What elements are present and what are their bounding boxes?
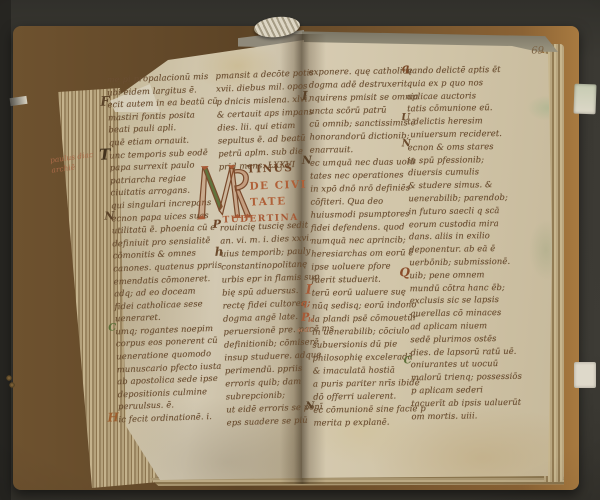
text-line: in futuro saecli q scā — [409, 204, 515, 218]
folio-number: 69 — [531, 45, 544, 56]
text-line: a puris pariter nrīs ibidē — [313, 376, 409, 390]
text-line: tacuerīt ab ipsis ualuerūt — [411, 396, 517, 410]
text-line: & imaculatā hostiā — [313, 363, 409, 377]
text-line: uniuersum recideret. — [407, 127, 513, 141]
text-line: philosophię exceleradā — [313, 350, 409, 364]
text-line: ec cōmunionē sine facie p — [313, 402, 409, 416]
text-line: merita p explanē. — [313, 415, 409, 429]
margin-mark: q; — [301, 300, 311, 309]
margin-mark: scdī — [297, 328, 311, 334]
text-line: uando delictē aptis ēt — [407, 63, 513, 77]
text-line: uncta scōrū patrū — [309, 103, 405, 117]
margin-mark: P — [301, 312, 309, 323]
text-line: om mortis. uiii. — [411, 408, 517, 422]
text-line: exponere. quę catholicę — [309, 64, 405, 78]
text-line: huiusmodi psumptores — [311, 207, 407, 221]
text-line: nquirens pmisit se omnia — [309, 90, 405, 104]
right-column-1: exponere. quę catholicędogma adē destrux… — [309, 64, 410, 429]
text-line: dies. de lapsorū ratū uē. — [410, 344, 516, 358]
text-line: numquā nec aprincib; — [311, 233, 407, 247]
text-line: uenerabilib; parendob; — [408, 191, 514, 205]
text-line: honorandorū dictionib; — [309, 129, 405, 143]
text-line: heresiarchas om eorū ē — [311, 246, 407, 260]
text-line: enarrauit. — [310, 142, 406, 156]
decorated-initial: I — [302, 90, 308, 102]
text-line: fuerit studuerit. — [311, 272, 407, 286]
text-line: terū eorū ualuere suę — [312, 285, 408, 299]
right-page-text: 69 exponere. quę catholicędogma adē dest… — [0, 0, 600, 500]
text-line: uerbōnib; submissionē. — [409, 255, 515, 269]
right-column-2: uando delictē aptis ētquia ex p quo nosa… — [407, 63, 518, 423]
text-line: querellas cō minaces — [410, 306, 516, 320]
text-line: malorū trienq; possessiōs — [411, 370, 517, 384]
text-line: subuersionis dū pie — [312, 337, 408, 351]
text-line: ec umquā nec duas uolū — [310, 155, 406, 169]
text-line: la plandi psē cōmouetūr — [312, 311, 408, 325]
text-line: fidei defendens. quod — [311, 220, 407, 234]
text-line: dogma adē destruxerit. — [309, 77, 405, 91]
text-line: cōfiteri. Qua deo — [310, 194, 406, 208]
text-line: dō offerri ualerent. — [313, 389, 409, 403]
text-line: ipse uoluere pfore — [311, 259, 407, 273]
text-line: in xpō dnō nrō definiēs — [310, 181, 406, 195]
manuscript-photo: paulus diac archiē me pi propalacionū mi… — [0, 0, 600, 500]
text-line: nūq sedisq; eorū indono — [312, 298, 408, 312]
text-line: mundū cōtra hanc ēb; — [410, 280, 516, 294]
text-line: cū omnib; sanctissimis ē — [309, 116, 405, 130]
